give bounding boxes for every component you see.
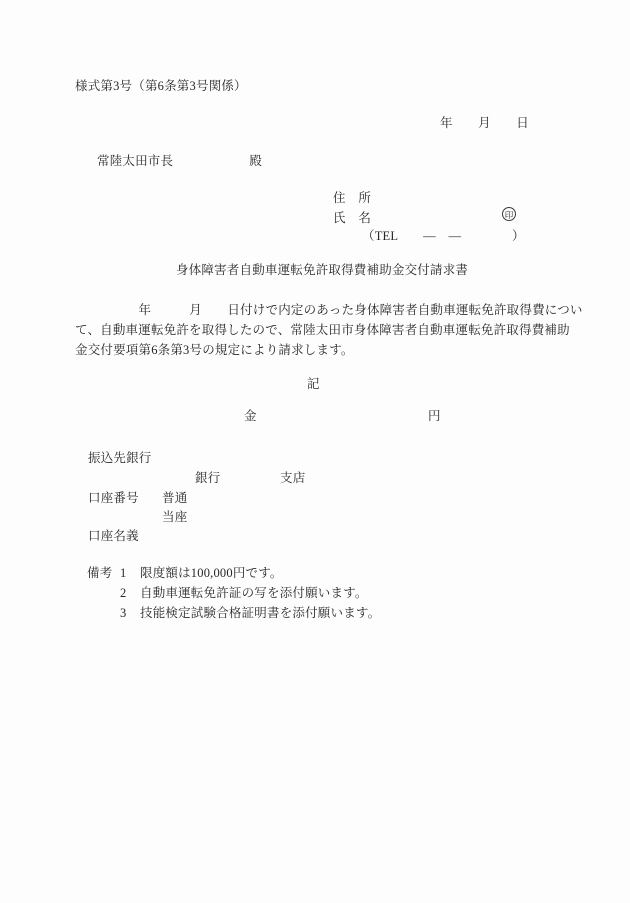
amount-prefix: 金 bbox=[244, 410, 257, 424]
address-label: 住 所 bbox=[333, 192, 371, 206]
remarks-label: 備考 bbox=[87, 567, 112, 581]
remark-1-text: 限度額は100,000円です。 bbox=[140, 567, 283, 581]
document-page: 様式第3号（第6条第3号関係） 年 月 日 常陸太田市長 殿 住 所 氏 名 印… bbox=[0, 0, 630, 903]
body-line-1: 年 月 日付けで内定のあった身体障害者自動車運転免許取得費につい bbox=[75, 304, 583, 318]
account-type-ordinary: 普通 bbox=[162, 492, 187, 506]
name-label: 氏 名 bbox=[333, 212, 371, 226]
remark-2-text: 自動車運転免許証の写を添付願います。 bbox=[140, 587, 368, 601]
bank-destination-label: 振込先銀行 bbox=[88, 452, 152, 466]
bank-name-suffix: 銀行 bbox=[195, 472, 220, 486]
account-type-current: 当座 bbox=[162, 511, 187, 525]
remark-1-num: 1 bbox=[120, 567, 126, 581]
seal-icon: 印 bbox=[502, 207, 516, 221]
document-title: 身体障害者自動車運転免許取得費補助金交付請求書 bbox=[176, 264, 468, 278]
amount-suffix: 円 bbox=[428, 410, 441, 424]
remark-3-text: 技能検定試験合格証明書を添付願います。 bbox=[140, 607, 380, 621]
remark-2-num: 2 bbox=[120, 587, 126, 601]
tel-line: （TEL ― ― ） bbox=[362, 230, 525, 244]
addressee-line: 常陸太田市長 殿 bbox=[97, 155, 262, 169]
body-line-3: 金交付要項第6条第3号の規定により請求します。 bbox=[75, 344, 354, 358]
record-heading: 記 bbox=[307, 378, 320, 392]
account-number-label: 口座番号 bbox=[88, 492, 139, 506]
date-line: 年 月 日 bbox=[440, 117, 529, 131]
body-line-2: て、自動車運転免許を取得したので、常陸太田市身体障害者自動車運転免許取得費補助 bbox=[75, 324, 570, 338]
remark-3-num: 3 bbox=[120, 607, 126, 621]
form-number: 様式第3号（第6条第3号関係） bbox=[75, 80, 247, 94]
bank-branch-suffix: 支店 bbox=[280, 472, 305, 486]
account-holder-label: 口座名義 bbox=[88, 530, 139, 544]
